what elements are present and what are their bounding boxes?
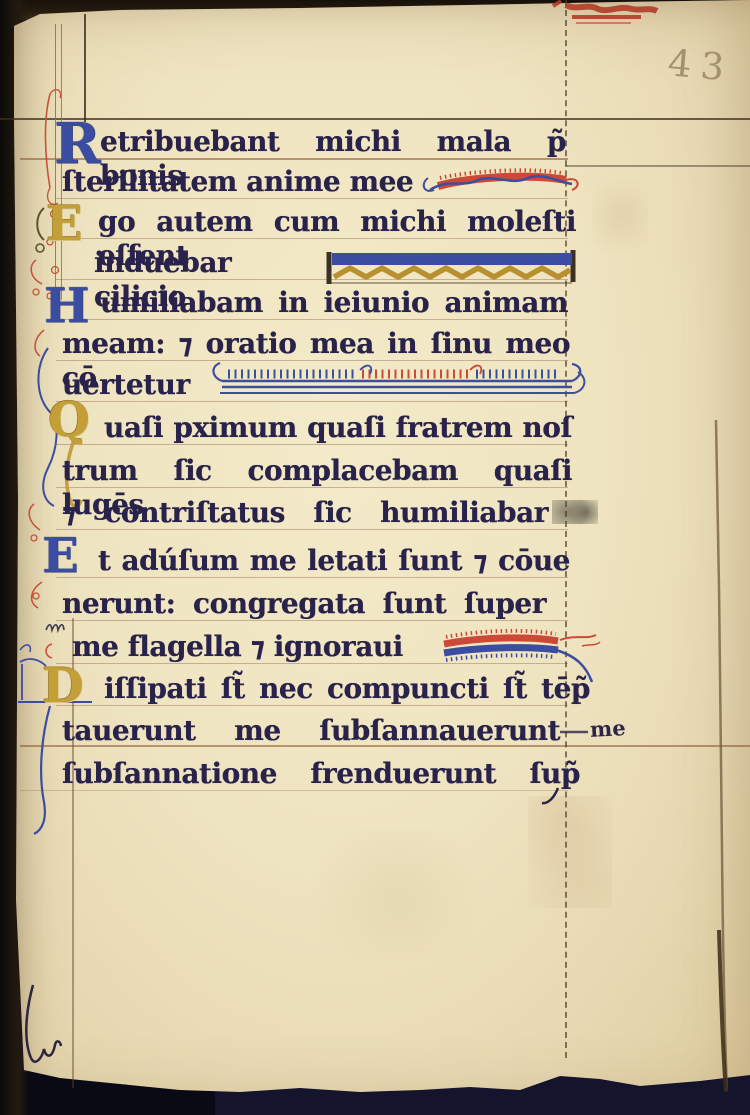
text-line-5: umiliabam in ieiunio animam [100, 286, 568, 320]
drop-cap-e-blue: E [42, 532, 79, 580]
text-line-13: me flagella ⁊ ignoraui [72, 630, 432, 664]
text-line-1: etribuebant michi mala p̃ bonis [100, 125, 566, 159]
drop-cap-d: D [42, 662, 84, 710]
text-line-6: meam: ⁊ oratio mea in ſinu meo cō [62, 327, 570, 361]
text-line-2: ſterilitatem anime mee [62, 165, 428, 199]
drop-cap-q: Q [48, 396, 90, 444]
text-line-16: ſubſannatione frenduerunt ſup̃ [62, 757, 580, 791]
text-line-4: induebar cilicio [94, 246, 326, 280]
ruling-line [0, 118, 750, 120]
text-line-9: trum ſic complacebam quaſi lugēs [62, 454, 572, 488]
text-line-7: uertetur [62, 368, 212, 402]
text-line-10: ⁊ contriſtatus ſic humiliabar [62, 496, 548, 530]
drop-cap-e-gold: E [46, 200, 83, 248]
drop-cap-h: H [44, 282, 89, 330]
text-line-12: nerunt: congregata ſunt ſuper [62, 587, 546, 621]
text-line-3: go autem cum michi moleſti eſſent [98, 205, 576, 239]
grey-ink-smudge [552, 500, 598, 524]
drop-cap-r: R [54, 116, 101, 172]
ruling-line-vertical [84, 14, 86, 122]
folio-number: 43 [666, 41, 735, 90]
margin-note: me [589, 715, 626, 742]
text-line-15: tauerunt me ſubſannauerunt [62, 714, 560, 748]
text-line-14: iſſipati ſt̃ nec compuncti ſt̃ tēp̃ [104, 672, 590, 706]
manuscript-photo: R E H Q E D etribuebant michi mala p̃ bo… [0, 0, 750, 1115]
text-line-8: uaſi pximum quaſi fratrem noſ [104, 411, 572, 445]
text-line-11: t adúſum me letati ſunt ⁊ cōue [98, 544, 570, 578]
ruling-line [565, 165, 750, 167]
